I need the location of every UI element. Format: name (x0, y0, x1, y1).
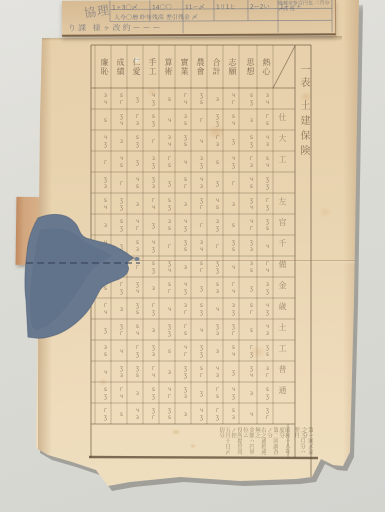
ink-blot (0, 0, 385, 512)
back-sheet-strip: 1ヶ3〇〆14〇〇11ー〆1リ1ヒ2ー2い1ヶ一ヶ 人今〇増 昨年残高 差引残金… (62, 0, 336, 37)
back-sheet-cell: 2ー2い (250, 1, 270, 10)
back-sheet-row2: 人今〇増 昨年残高 差引残金 〆 (114, 12, 198, 21)
back-sheet-bottom-scribble: り課 様ヶ改約ーーー (68, 22, 163, 33)
back-sheet-cell: 14〇〇 (152, 2, 172, 11)
back-sheet-cell: 1ヶ3〇〆 (112, 2, 138, 11)
back-sheet-cell: 11ー〆 (185, 1, 205, 10)
back-sheet-cell: 1リ1ヒ (216, 1, 236, 10)
document-photo: 廉恥成績仁愛手工算術實業農會合計志願思想熱心зчѕгʒчӡѕгчʒѕзчгѕʒз… (0, 0, 385, 512)
back-sheet-right-block: 繰越金参百円也 二月分〆高 残 (278, 0, 332, 32)
